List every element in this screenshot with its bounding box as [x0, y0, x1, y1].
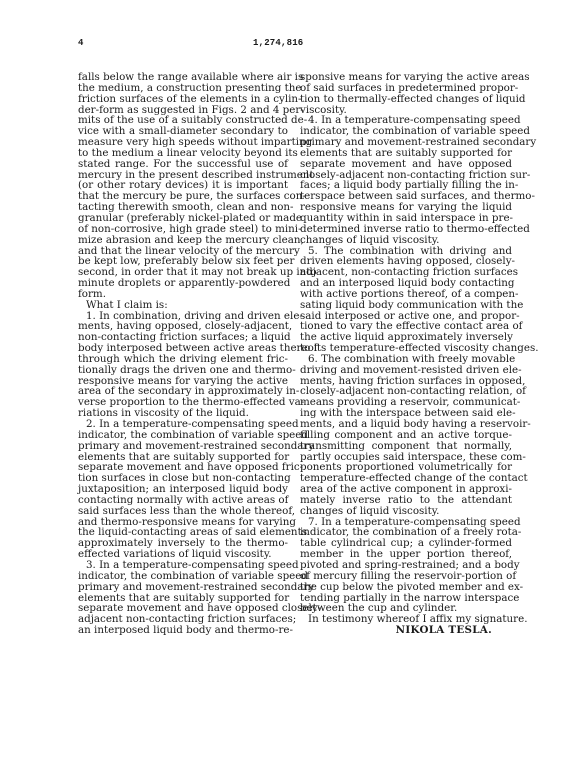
text-line: primary and movement-restrained secondar… [78, 441, 288, 452]
text-line: an interposed liquid body and thermo-re- [78, 625, 288, 636]
text-line: sating liquid body communication with th… [300, 300, 512, 311]
text-line: changes of liquid viscosity. [300, 235, 512, 246]
text-line: What I claim is: [78, 300, 288, 311]
text-line: tion to thermally-effected changes of li… [300, 94, 512, 105]
text-line: friction surfaces of the elements in a c… [78, 94, 288, 105]
text-line: the cup below the pivoted member and ex- [300, 582, 512, 593]
page-header: 4 1,274,816 [78, 38, 518, 52]
text-line: mize abrasion and keep the mercury clean… [78, 235, 288, 246]
signature: NIKOLA TESLA. [300, 625, 512, 636]
text-line: driving and movement-resisted driven ele… [300, 365, 512, 376]
text-line: tionally drags the driven one and thermo… [78, 365, 288, 376]
text-line: stated range. For the successful use of [78, 159, 288, 170]
text-line: transmitting component that normally, [300, 441, 512, 452]
text-line: separate movement and have opposed [300, 159, 512, 170]
left-column: falls below the range available where ai… [78, 72, 288, 636]
text-line: said surfaces less than the whole thereo… [78, 506, 288, 517]
text-line: primary and movement-restrained secondar… [78, 582, 288, 593]
right-column: sponsive means for varying the active ar… [300, 72, 512, 636]
patent-number: 1,274,816 [253, 38, 303, 48]
text-line: changes of liquid viscosity. [300, 506, 512, 517]
page-number: 4 [78, 38, 83, 48]
text-line: minute droplets or apparently-powdered [78, 278, 288, 289]
